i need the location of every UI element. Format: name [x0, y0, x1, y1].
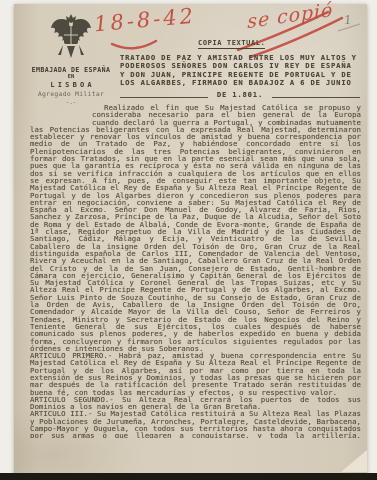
letterhead-wrap-spacer — [30, 104, 92, 119]
body-text: Realizado el fin que Su Majestad Católic… — [30, 104, 361, 438]
embassy-name: EMBAJADA DE ESPAÑA — [24, 66, 118, 74]
attache-title: Agregado Militar — [24, 90, 118, 99]
article-3: ARTICULO III.- Su Majestad Católica rest… — [30, 410, 361, 438]
title-rule-right — [272, 97, 360, 98]
copy-stamp-label: COPIA TEXTUAL. — [198, 39, 265, 49]
treaty-title-line: LOS ALGARBES, FIRMADO EN BADAJOZ A 6 DE … — [120, 79, 360, 87]
scan-background: { "page": { "page_number": "1" }, "annot… — [0, 0, 377, 480]
treaty-date-row: DE 1.801. — [120, 90, 360, 99]
treaty-date-line: DE 1.801. — [208, 90, 272, 99]
embassy-city: LISBOA — [24, 81, 118, 90]
scanner-edge-strip — [0, 473, 377, 480]
article-2: ARTICULO SEGUNDO.- Su Alteza Real cerrar… — [30, 396, 361, 411]
title-rule-left — [120, 97, 208, 98]
embassy-name-en: EN — [24, 74, 118, 81]
treaty-title-block: TRATADO DE PAZ Y AMISTAD ENTRE LOS MUY A… — [120, 54, 360, 99]
treaty-preamble: Realizado el fin que Su Majestad Católic… — [30, 104, 361, 352]
article-1: ARTICULO PRIMERO.- Habrá paz, amistad y … — [30, 352, 361, 396]
pencil-page-number: 1 — [344, 13, 353, 27]
spain-eagle-emblem-icon — [49, 13, 93, 63]
